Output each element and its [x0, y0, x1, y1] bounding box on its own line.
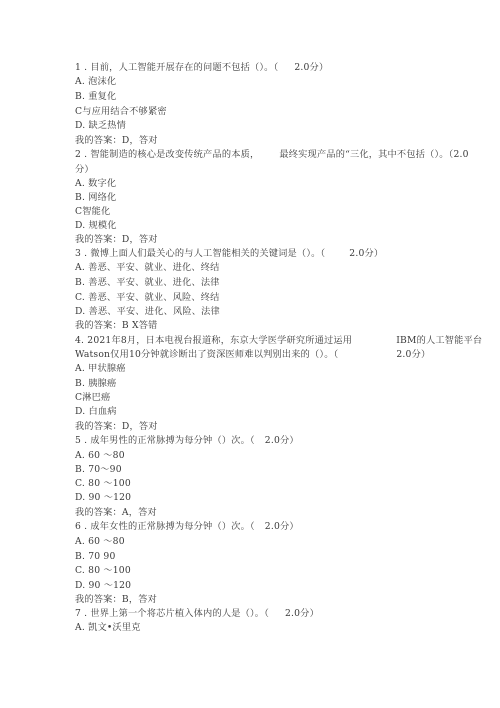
- question-score: 2.0分）: [265, 435, 299, 446]
- my-answer: 我的答案：B X答错: [75, 320, 158, 332]
- question-text: Watson仅用10分钟就诊断出了资深医师难以判别出来的（）。（: [75, 349, 338, 360]
- option: C与应用结合不够紧密: [75, 106, 167, 118]
- option: C. 80 ～100: [75, 565, 131, 577]
- question-text: 2 . 智能制造的核心是改变传统产品的本质，: [75, 149, 259, 160]
- question-text: 6 . 成年女性的正常脉搏为每分钟（）次。（: [75, 521, 255, 532]
- option: B. 胰腺癌: [75, 378, 116, 390]
- option: B. 网络化: [75, 192, 116, 204]
- question-text: IBM的人工智能平台: [396, 335, 482, 346]
- question-score: 2.0分）: [396, 349, 430, 360]
- option: C淋巴癌: [75, 392, 110, 404]
- question-score: 2.0分）: [265, 521, 299, 532]
- option: A. 凯文•沃里克: [75, 622, 141, 634]
- question-5-stem: 5 . 成年男性的正常脉搏为每分钟（）次。（2.0分）: [75, 435, 299, 447]
- my-answer: 我的答案：D，答对: [75, 135, 158, 147]
- option: A. 60 ～80: [75, 536, 125, 548]
- question-2-stem-cont: 分）: [75, 164, 94, 176]
- question-2-stem: 2 . 智能制造的核心是改变传统产品的本质，最终实现产品的“三化，其中不包括（）…: [75, 149, 469, 161]
- option: D. 善恶、平安、进化、风险、法律: [75, 306, 220, 318]
- my-answer: 我的答案：D，答对: [75, 234, 158, 246]
- option: C智能化: [75, 206, 110, 218]
- question-3-stem: 3 . 微博上面人们最关心的与人工智能相关的关键词是（）。（2.0分）: [75, 248, 383, 260]
- option: D. 缺乏热情: [75, 120, 126, 132]
- question-4-stem: 4. 2021年8月，日本电视台报道称，东京大学医学研究所通过运用IBM的人工智…: [75, 335, 482, 347]
- question-text: 7 . 世界上第一个将芯片植入体内的人是（）。（: [75, 608, 269, 619]
- question-score: 2.0分）: [294, 62, 328, 73]
- question-text: 4. 2021年8月，日本电视台报道称，东京大学医学研究所通过运用: [75, 335, 352, 346]
- option: D. 90 ～120: [75, 492, 131, 504]
- option: A. 60 ～80: [75, 450, 125, 462]
- option: B. 70 90: [75, 551, 116, 563]
- option: A. 泡沫化: [75, 76, 116, 88]
- option: D. 白血病: [75, 406, 117, 418]
- my-answer: 我的答案：A，答对: [75, 507, 157, 519]
- question-6-stem: 6 . 成年女性的正常脉搏为每分钟（）次。（2.0分）: [75, 521, 299, 533]
- document-page: 1 . 目前，人工智能开展存在的问题不包括（）。（2.0分） A. 泡沫化 B.…: [0, 0, 500, 708]
- option: D. 90 ～120: [75, 580, 131, 592]
- question-4-stem-cont: Watson仅用10分钟就诊断出了资深医师难以判别出来的（）。（2.0分）: [75, 349, 430, 361]
- question-score: 2.0分）: [285, 608, 319, 619]
- option: D. 规模化: [75, 220, 117, 232]
- option: A. 善恶、平安、就业、进化、终结: [75, 262, 220, 274]
- option: A. 数字化: [75, 178, 116, 190]
- question-text: 1 . 目前，人工智能开展存在的问题不包括（）。（: [75, 62, 278, 73]
- option: B. 重复化: [75, 91, 116, 103]
- option: C. 善恶、平安、就业、风险、终结: [75, 292, 220, 304]
- question-text: 最终实现产品的“三化，其中不包括（）。（2.0: [279, 149, 468, 160]
- question-score: 2.0分）: [349, 248, 383, 259]
- my-answer: 我的答案：B，答对: [75, 594, 157, 606]
- option: C. 80 ～100: [75, 478, 131, 490]
- option: A. 甲状腺癌: [75, 363, 126, 375]
- option: B. 70～90: [75, 464, 122, 476]
- my-answer: 我的答案：D，答对: [75, 421, 158, 433]
- option: B. 善恶、平安、就业、进化、法律: [75, 277, 220, 289]
- question-text: 5 . 成年男性的正常脉搏为每分钟（）次。（: [75, 435, 255, 446]
- question-1-stem: 1 . 目前，人工智能开展存在的问题不包括（）。（2.0分）: [75, 62, 328, 74]
- question-text: 3 . 微博上面人们最关心的与人工智能相关的关键词是（）。（: [75, 248, 325, 259]
- question-7-stem: 7 . 世界上第一个将芯片植入体内的人是（）。（2.0分）: [75, 608, 319, 620]
